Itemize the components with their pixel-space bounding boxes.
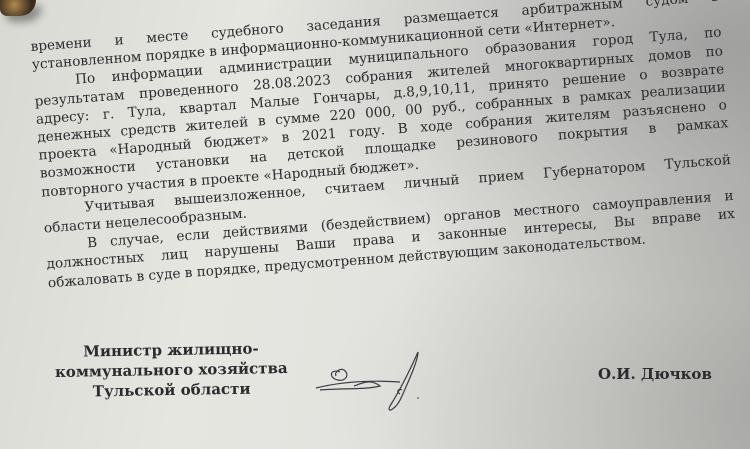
signer-title-line: Тульской области xyxy=(55,378,288,402)
signer-title: Министр жилищно- коммунального хозяйства… xyxy=(54,338,288,402)
signer-name: О.И. Дючков xyxy=(598,365,712,383)
handwritten-signature xyxy=(310,330,450,430)
paper-clip-object xyxy=(0,0,36,16)
signer-title-line: коммунального хозяйства xyxy=(55,358,288,382)
letter-body: времени и месте судебного заседания разм… xyxy=(30,0,737,292)
